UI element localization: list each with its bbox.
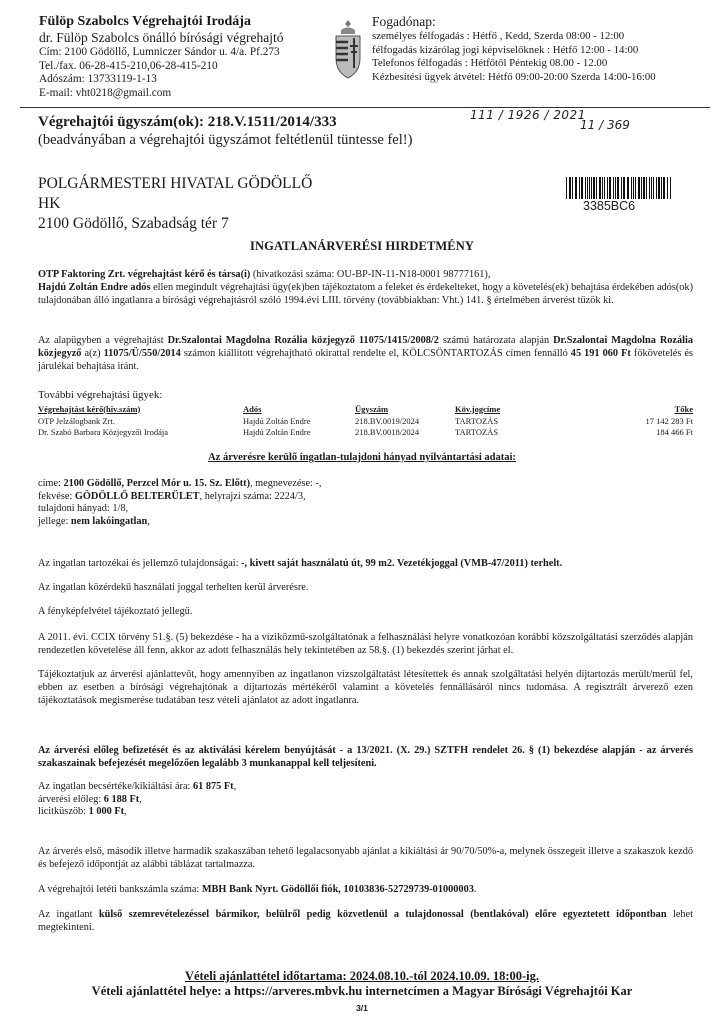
addressee-block: POLGÁRMESTERI HIVATAL GÖDÖLLŐ HK 2100 Gö…: [38, 174, 312, 234]
office-address: Cím: 2100 Gödöllő, Lumniczer Sándor u. 4…: [39, 46, 283, 60]
punctuation: ,: [234, 781, 237, 792]
punctuation: ,: [139, 794, 142, 805]
label: Az ingatlan tartozékai és jellemző tulaj…: [38, 558, 241, 569]
label: árverési előleg:: [38, 794, 104, 805]
office-header: Fülöp Szabolcs Végrehajtói Irodája dr. F…: [39, 14, 283, 100]
principal-amount: 45 191 060 Ft: [571, 348, 631, 359]
punctuation: .: [474, 884, 477, 895]
basis-text: Az alapügyben a végrehajtást: [38, 335, 168, 346]
property-address: 2100 Gödöllő, Perzcel Mór u. 15. Sz. Elő…: [63, 478, 250, 489]
creditor-reference: (hivatkozási száma: OU-BP-IN-11-N18-0001…: [250, 269, 490, 280]
basis-text: számú határozata alapján: [439, 335, 553, 346]
document-title: INGATLANÁRVERÉSI HIRDETMÉNY: [0, 239, 724, 254]
creditor: OTP Faktoring Zrt. végrehajtást kérő és …: [38, 269, 250, 280]
table-header-row: Végrehajtást kérő(hiv.szám) Adós Ügyszám…: [38, 402, 693, 415]
office-hours-line: Kézbesítési ügyek átvétel: Hétfő 09:00-2…: [372, 71, 656, 85]
handwritten-registration-2: 11 / 369: [580, 118, 630, 132]
addressee-name: POLGÁRMESTERI HIVATAL GÖDÖLLŐ: [38, 174, 312, 194]
punctuation: ,: [124, 806, 127, 817]
water-law-paragraph: A 2011. évi. CCIX törvény 51.§. (5) beke…: [38, 631, 693, 657]
deposit-rule: Az árverési előleg befizetését és az akt…: [38, 744, 693, 770]
case-note: (beadványában a végrehajtói ügyszámot fe…: [38, 132, 412, 149]
auction-deposit: 6 188 Ft: [104, 794, 139, 805]
header-divider: [20, 107, 710, 108]
office-email: E-mail: vht0218@gmail.com: [39, 87, 283, 101]
column-header: Tőke: [545, 402, 693, 415]
pricing: Az ingatlan becsértéke/kikiáltási ára: 6…: [38, 781, 693, 819]
column-header: Ügyszám: [355, 402, 455, 415]
bid-increment: 1 000 Ft: [89, 806, 124, 817]
photo-note: A fényképfelvétel tájékoztató jellegű.: [38, 605, 693, 618]
label: jellege:: [38, 516, 71, 527]
table-row: Dr. Szabó Barbara Közjegyzői Irodája Haj…: [38, 426, 693, 437]
column-header: Végrehajtást kérő(hiv.szám): [38, 402, 243, 415]
basis-paragraph: Az alapügyben a végrehajtást Dr.Szalonta…: [38, 334, 693, 373]
addressee-address: 2100 Gödöllő, Szabadság tér 7: [38, 214, 312, 234]
property-location: GÖDÖLLŐ BELTERÜLET: [75, 491, 200, 502]
stages-paragraph: Az árverés első, második illetve harmadi…: [38, 845, 693, 871]
table-row: OTP Jelzálogbank Zrt. Hajdú Zoltán Endre…: [38, 415, 693, 426]
further-cases-title: További végrehajtási ügyek:: [38, 389, 693, 401]
label: fekvése:: [38, 491, 75, 502]
office-phone: Tel./fax. 06-28-415-210,06-28-415-210: [39, 60, 283, 74]
addressee-department: HK: [38, 194, 312, 214]
cell: 184 466 Ft: [545, 426, 693, 437]
registry-details: címe: 2100 Gödöllő, Perzcel Mór u. 15. S…: [38, 478, 693, 528]
punctuation: ,: [147, 516, 150, 527]
cell: 218.BV.0018/2024: [355, 426, 455, 437]
public-use-note: Az ingatlan közérdekű használati joggal …: [38, 581, 693, 594]
case-number: Végrehajtói ügyszám(ok): 218.V.1511/2014…: [38, 114, 337, 131]
property-type: nem lakóingatlan: [71, 516, 147, 527]
label: címe:: [38, 478, 63, 489]
bank-account-number: MBH Bank Nyrt. Gödöllői fiók, 10103836-5…: [202, 884, 474, 895]
water-info-paragraph: Tájékoztatjuk az árverési ajánlattevőt, …: [38, 668, 693, 707]
intro-paragraph: OTP Faktoring Zrt. végrehajtást kérő és …: [38, 268, 693, 307]
cell: TARTOZÁS: [455, 415, 545, 426]
office-name: Fülöp Szabolcs Végrehajtói Irodája: [39, 14, 283, 30]
viewing-conditions: külső szemrevételezéssel bármikor, belül…: [99, 909, 667, 920]
page-number: 3/1: [0, 1003, 724, 1013]
cell: OTP Jelzálogbank Zrt.: [38, 415, 243, 426]
office-hours-line: félfogadás kizárólag jogi képviselőknek …: [372, 44, 656, 58]
viewing-paragraph: Az ingatlant külső szemrevételezéssel bá…: [38, 908, 693, 934]
coat-of-arms-icon: [333, 18, 363, 80]
property-share: tulajdoni hányad: 1/8,: [38, 503, 128, 514]
column-header: Köv.jogcíme: [455, 402, 545, 415]
cell: 218.BV.0019/2024: [355, 415, 455, 426]
office-hours-title: Fogadónap:: [372, 14, 656, 30]
basis-document-number: 11075/Ü/550/2014: [104, 348, 181, 359]
label: , megnevezése: -,: [250, 478, 321, 489]
office-hours-line: Telefonos félfogadás : Hétfőtől Péntekig…: [372, 57, 656, 71]
further-cases: További végrehajtási ügyek: Végrehajtást…: [38, 389, 693, 437]
cell: Dr. Szabó Barbara Közjegyzői Irodája: [38, 426, 243, 437]
cell: Hajdú Zoltán Endre: [243, 415, 355, 426]
handwritten-registration: 111 / 1926 / 2021: [470, 108, 586, 122]
debtor: Hajdú Zoltán Endre adós: [38, 282, 150, 293]
basis-text: a(z): [81, 348, 103, 359]
barcode-label: 3385BC6: [583, 199, 635, 213]
basis-notary-decision: Dr.Szalontai Magdolna Rozália közjegyző …: [168, 335, 439, 346]
cell: TARTOZÁS: [455, 426, 545, 437]
label: Az ingatlan becsértéke/kikiáltási ára:: [38, 781, 193, 792]
office-hours-line: személyes félfogadás : Hétfő , Kedd, Sze…: [372, 30, 656, 44]
starting-price: 61 875 Ft: [193, 781, 234, 792]
officer-name: dr. Fülöp Szabolcs önálló bírósági végre…: [39, 30, 283, 46]
bidding-period: Vételi ajánlattétel időtartama: 2024.08.…: [0, 969, 724, 984]
bank-account: A végrehajtói letéti bankszámla száma: M…: [38, 883, 693, 896]
properties-paragraph: Az ingatlan tartozékai és jellemző tulaj…: [38, 557, 693, 570]
office-hours: Fogadónap: személyes félfogadás : Hétfő …: [372, 14, 656, 84]
basis-text: számon kiállított végrehajtható okiratta…: [181, 348, 571, 359]
label: A végrehajtói letéti bankszámla száma:: [38, 884, 202, 895]
label: licitküszöb:: [38, 806, 89, 817]
property-lot-number: , helyrajzi száma: 2224/3,: [200, 491, 306, 502]
viewing-text: Az ingatlant: [38, 909, 99, 920]
bidding-place: Vételi ajánlattétel helye: a https://arv…: [0, 984, 724, 999]
further-cases-table: Végrehajtást kérő(hiv.szám) Adós Ügyszám…: [38, 402, 693, 437]
property-features: -, kivett saját használatú út, 99 m2. Ve…: [241, 558, 562, 569]
barcode-icon: [566, 177, 674, 199]
office-tax-number: Adószám: 13733119-1-13: [39, 73, 283, 87]
cell: 17 142 283 Ft: [545, 415, 693, 426]
column-header: Adós: [243, 402, 355, 415]
cell: Hajdú Zoltán Endre: [243, 426, 355, 437]
registry-title: Az árverésre kerülő ingatlan-tulajdoni h…: [0, 452, 724, 463]
